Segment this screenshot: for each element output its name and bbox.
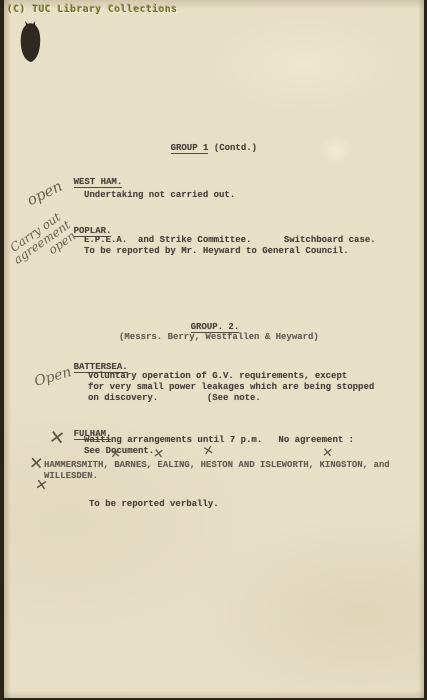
document-page: (C) TUC Library Collections GROUP 1 (Con… xyxy=(4,0,424,698)
westham-title-text: WEST HAM. xyxy=(74,177,123,189)
handwritten-open-battersea: Open xyxy=(33,364,74,390)
library-watermark: (C) TUC Library Collections xyxy=(7,4,178,15)
handwritten-x-mark-fulham: ✕ xyxy=(48,428,66,449)
battersea-body-line3: on discovery. (See note. xyxy=(88,393,261,404)
fulham-body-line1: Waiting arrangements until 7 p.m. No agr… xyxy=(84,435,354,446)
battersea-body-line1: Voluntary operation of G.V. requirements… xyxy=(88,371,347,382)
boroughs-line2: WILLESDEN. xyxy=(44,471,98,482)
group1-heading-rest: (Contd.) xyxy=(208,143,257,153)
westham-body: Undertaking not carried out. xyxy=(84,190,235,201)
group2-subheading: (Messrs. Berry, Westfallen & Heyward) xyxy=(119,332,319,343)
poplar-body-line1: E.P.E.A. and Strike Committee. Switchboa… xyxy=(84,235,376,246)
handwritten-x-mark-kingston: ✕ xyxy=(321,447,333,461)
boroughs-line1: HAMMERSMITH, BARNES, EALING, HESTON AND … xyxy=(44,460,390,471)
battersea-body-line2: for very small power leakages which are … xyxy=(88,382,374,393)
ink-blot-icon xyxy=(19,21,43,63)
report-footer: To be reported verbally. xyxy=(89,499,219,510)
ink-blot-stamp xyxy=(19,21,43,68)
handwritten-x-mark-hammersmith: ✕ xyxy=(28,456,43,474)
group1-heading-underlined: GROUP 1 xyxy=(171,143,209,155)
poplar-body-line2: To be reported by Mr. Heyward to General… xyxy=(84,246,349,257)
group1-heading: GROUP 1 (Contd.) xyxy=(149,132,257,164)
handwritten-open-westham: open xyxy=(24,177,65,209)
handwritten-x-mark-heston: ✕ xyxy=(202,444,215,459)
